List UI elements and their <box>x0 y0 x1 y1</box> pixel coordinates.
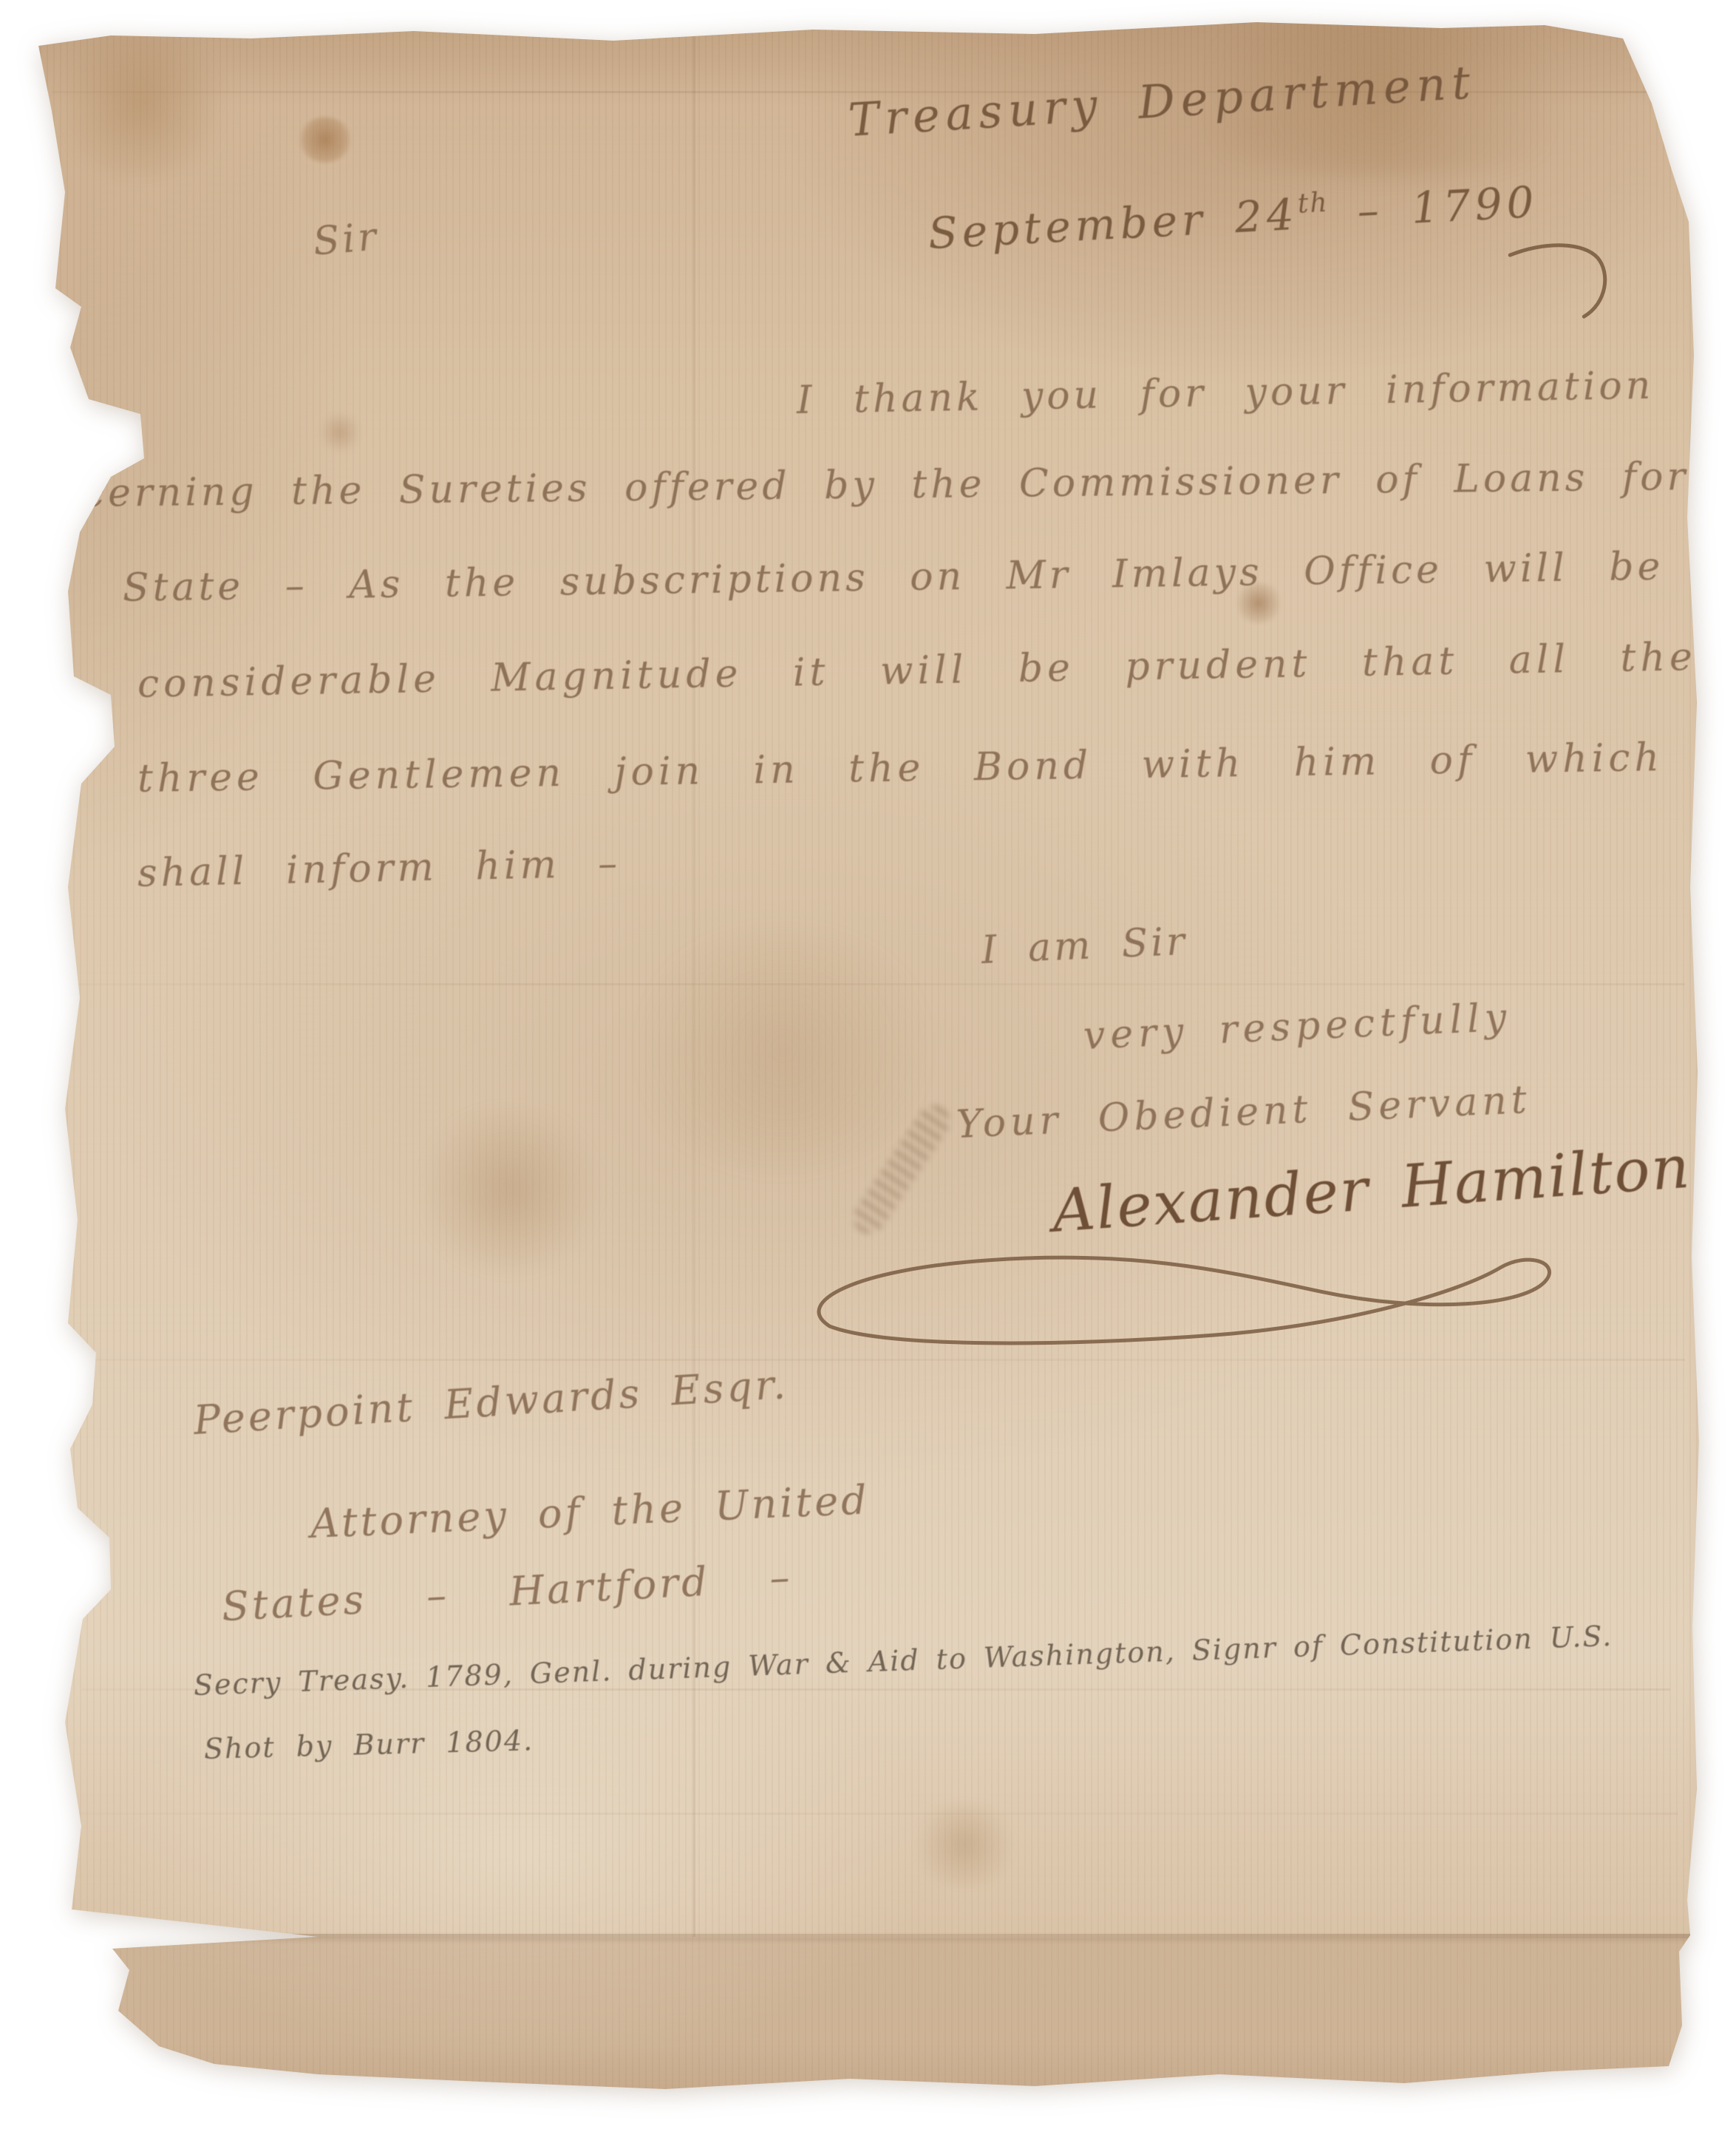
bottom-strip-shading <box>67 1938 1693 2098</box>
body-line-4: considerable Magnitude it will be pruden… <box>137 635 1697 707</box>
closing-line-2: very respectfully <box>1083 996 1513 1059</box>
closing-line-1: I am Sir <box>981 920 1188 973</box>
corner-stain <box>44 30 236 177</box>
ink-stain <box>299 117 352 163</box>
address-line-3: States – Hartford – <box>220 1554 794 1630</box>
lower-stain <box>909 1804 1020 1885</box>
scan-background: Treasury Department September 24th – 179… <box>0 0 1736 2129</box>
address-line-1: Peerpoint Edwards Esqr. <box>192 1361 789 1444</box>
body-line-6: shall inform him – <box>137 841 621 896</box>
body-line-5: three Gentlemen join in the Bond with hi… <box>137 735 1733 801</box>
mid-stain <box>414 1109 606 1271</box>
signature: Alexander Hamilton <box>1050 1133 1693 1246</box>
letter-paper-wrap: Treasury Department September 24th – 179… <box>0 0 1736 2129</box>
date-flourish <box>1506 234 1623 330</box>
vertical-fold-crease <box>693 30 695 1937</box>
horizontal-crease-bottom <box>74 1813 1678 1815</box>
paper-texture <box>0 0 1736 2129</box>
date-year: – 1790 <box>1327 177 1539 238</box>
letterhead-date: September 24th – 1790 <box>927 177 1539 259</box>
body-line-3: State – As the subscriptions on Mr Imlay… <box>123 543 1736 611</box>
pencil-annotation-line-2: Shot by Burr 1804. <box>203 1724 534 1765</box>
date-ordinal-superscript: th <box>1297 188 1330 220</box>
address-line-2: Attorney of the United <box>310 1476 871 1547</box>
body-line-1: I thank you for your information con <box>796 361 1736 423</box>
body-line-2: cerning the Sureties offered by the Comm… <box>83 453 1736 516</box>
faint-stain <box>628 931 939 1168</box>
ink-smudge <box>847 1099 956 1240</box>
date-day: September 24 <box>927 189 1299 259</box>
closing-line-3: Your Obedient Servant <box>956 1078 1532 1147</box>
small-stain <box>318 414 362 451</box>
horizontal-crease-middle <box>74 983 1685 985</box>
pencil-annotation-line-1: Secry Treasy. 1789, Genl. during War & A… <box>193 1620 1613 1702</box>
signature-flourish <box>746 1229 1600 1376</box>
letterhead-department: Treasury Department <box>847 55 1478 147</box>
letter-paper: Treasury Department September 24th – 179… <box>0 0 1736 2129</box>
salutation: Sir <box>311 214 381 265</box>
